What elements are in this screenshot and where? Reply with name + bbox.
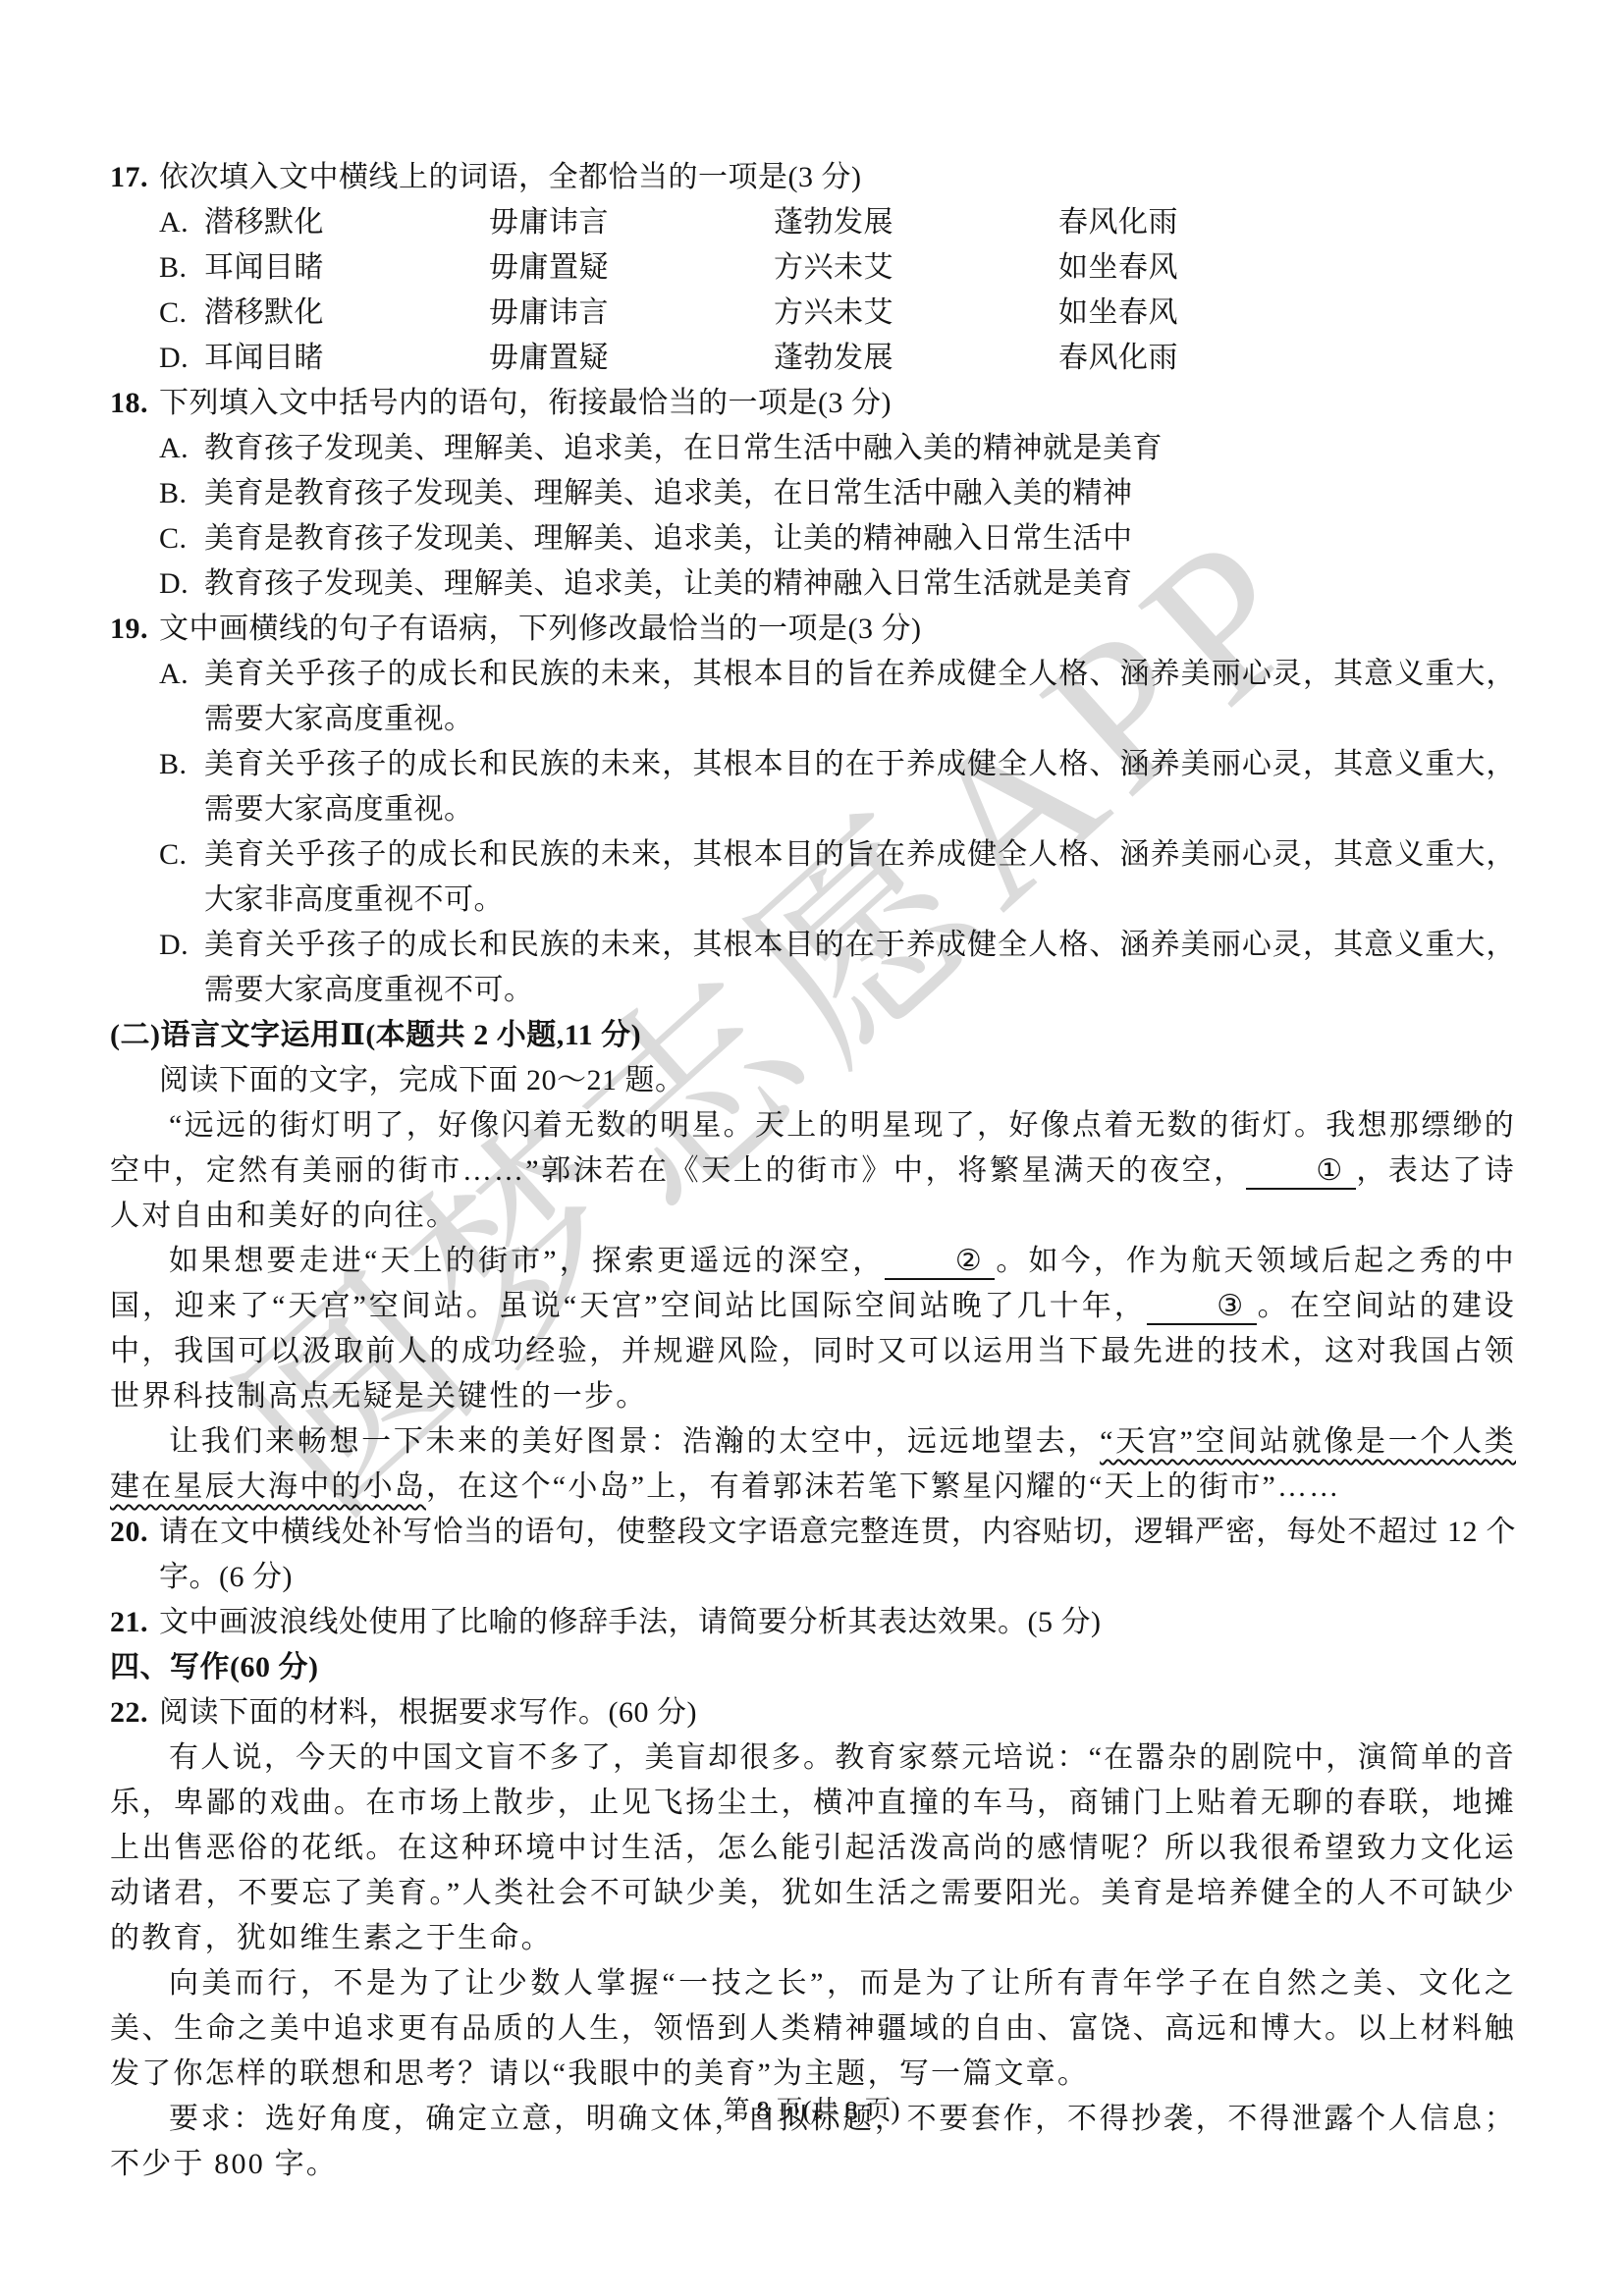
blank-1-underline: ① bbox=[1246, 1154, 1356, 1190]
question-21-number: 21. bbox=[110, 1600, 148, 1645]
q17-option-c-word-4: 如坐春风 bbox=[1058, 291, 1516, 336]
q18-option-c-label: C. bbox=[159, 516, 188, 561]
q17-option-d-word-1: 耳闻目睹 bbox=[204, 336, 489, 381]
passage-paragraph-3: 让我们来畅想一下未来的美好图景：浩瀚的太空中，远远地望去，“天宫”空间站就像是一… bbox=[110, 1419, 1516, 1510]
q17-option-a-label: A. bbox=[159, 200, 204, 245]
question-19: 19. 文中画横线的句子有语病，下列修改最恰当的一项是(3 分) A. 美育关乎… bbox=[110, 607, 1516, 1013]
question-19-number: 19. bbox=[110, 607, 148, 652]
q17-option-c-word-3: 方兴未艾 bbox=[774, 291, 1058, 336]
q19-option-c: C. 美育关乎孩子的成长和民族的未来，其根本目的旨在养成健全人格、涵养美丽心灵，… bbox=[159, 832, 1516, 923]
q18-option-d-label: D. bbox=[159, 561, 189, 607]
question-19-stem: 文中画横线的句子有语病，下列修改最恰当的一项是(3 分) bbox=[159, 613, 921, 645]
q19-option-b: B. 美育关乎孩子的成长和民族的未来，其根本目的在于养成健全人格、涵养美丽心灵，… bbox=[159, 742, 1516, 832]
q19-option-a-text: 美育关乎孩子的成长和民族的未来，其根本目的旨在养成健全人格、涵养美丽心灵，其意义… bbox=[204, 658, 1516, 735]
q19-option-d-text: 美育关乎孩子的成长和民族的未来，其根本目的在于养成健全人格、涵养美丽心灵，其意义… bbox=[204, 929, 1516, 1006]
q17-option-row-b: B. 耳闻目睹 毋庸置疑 方兴未艾 如坐春风 bbox=[159, 245, 1516, 291]
question-18-number: 18. bbox=[110, 381, 148, 426]
q19-option-c-label: C. bbox=[159, 832, 188, 878]
q18-option-a-text: 教育孩子发现美、理解美、追求美，在日常生活中融入美的精神就是美育 bbox=[204, 432, 1163, 464]
q17-option-a-word-2: 毋庸讳言 bbox=[489, 200, 774, 245]
q17-option-row-a: A. 潜移默化 毋庸讳言 蓬勃发展 春风化雨 bbox=[159, 200, 1516, 245]
q17-option-a-word-4: 春风化雨 bbox=[1058, 200, 1516, 245]
q17-option-c-word-1: 潜移默化 bbox=[204, 291, 489, 336]
q18-option-a-label: A. bbox=[159, 426, 189, 471]
passage-paragraph-2: 如果想要走进“天上的街市”，探索更遥远的深空，②。如今，作为航天领域后起之秀的中… bbox=[110, 1239, 1516, 1419]
q17-option-c-word-2: 毋庸讳言 bbox=[489, 291, 774, 336]
q19-option-d-label: D. bbox=[159, 923, 189, 968]
q17-option-b-word-2: 毋庸置疑 bbox=[489, 245, 774, 291]
q19-option-c-text: 美育关乎孩子的成长和民族的未来，其根本目的旨在养成健全人格、涵养美丽心灵，其意义… bbox=[204, 838, 1516, 916]
question-18-stem: 下列填入文中括号内的语句，衔接最恰当的一项是(3 分) bbox=[159, 387, 892, 419]
q19-option-b-text: 美育关乎孩子的成长和民族的未来，其根本目的在于养成健全人格、涵养美丽心灵，其意义… bbox=[204, 748, 1516, 826]
q17-option-a-word-3: 蓬勃发展 bbox=[774, 200, 1058, 245]
q18-option-c: C. 美育是教育孩子发现美、理解美、追求美，让美的精神融入日常生活中 bbox=[159, 516, 1516, 561]
q19-option-b-label: B. bbox=[159, 742, 188, 787]
question-18: 18. 下列填入文中括号内的语句，衔接最恰当的一项是(3 分) A. 教育孩子发… bbox=[110, 381, 1516, 607]
question-20-number: 20. bbox=[110, 1510, 148, 1555]
q17-option-a-word-1: 潜移默化 bbox=[204, 200, 489, 245]
question-21-stem: 文中画波浪线处使用了比喻的修辞手法，请简要分析其表达效果。(5 分) bbox=[159, 1606, 1101, 1638]
q18-option-b-label: B. bbox=[159, 471, 188, 516]
passage-p2-text: 如果想要走进“天上的街市”，探索更遥远的深空， bbox=[169, 1245, 885, 1277]
q17-option-row-d: D. 耳闻目睹 毋庸置疑 蓬勃发展 春风化雨 bbox=[159, 336, 1516, 381]
q17-option-d-word-2: 毋庸置疑 bbox=[489, 336, 774, 381]
q19-option-a: A. 美育关乎孩子的成长和民族的未来，其根本目的旨在养成健全人格、涵养美丽心灵，… bbox=[159, 652, 1516, 742]
blank-3-circled-number: ③ bbox=[1217, 1290, 1245, 1322]
q17-option-c-label: C. bbox=[159, 291, 204, 336]
question-22-stem: 阅读下面的材料，根据要求写作。(60 分) bbox=[159, 1696, 697, 1729]
passage-paragraph-1: “远远的街灯明了，好像闪着无数的明星。天上的明星现了，好像点着无数的街灯。我想那… bbox=[110, 1103, 1516, 1239]
question-20: 20. 请在文中横线处补写恰当的语句，使整段文字语意完整连贯，内容贴切，逻辑严密… bbox=[110, 1510, 1516, 1600]
q18-option-b-text: 美育是教育孩子发现美、理解美、追求美，在日常生活中融入美的精神 bbox=[204, 477, 1133, 509]
blank-2-circled-number: ② bbox=[955, 1245, 984, 1277]
page-content: 17. 依次填入文中横线上的词语，全都恰当的一项是(3 分) A. 潜移默化 毋… bbox=[110, 155, 1516, 2187]
q18-option-a: A. 教育孩子发现美、理解美、追求美，在日常生活中融入美的精神就是美育 bbox=[159, 426, 1516, 471]
section-4-title: 四、写作(60 分) bbox=[110, 1645, 1516, 1690]
q19-option-d: D. 美育关乎孩子的成长和民族的未来，其根本目的在于养成健全人格、涵养美丽心灵，… bbox=[159, 923, 1516, 1013]
q18-option-b: B. 美育是教育孩子发现美、理解美、追求美，在日常生活中融入美的精神 bbox=[159, 471, 1516, 516]
essay-material-paragraph-1: 有人说，今天的中国文盲不多了，美盲却很多。教育家蔡元培说：“在嚣杂的剧院中，演简… bbox=[110, 1735, 1516, 1961]
question-22-number: 22. bbox=[110, 1690, 148, 1735]
question-21: 21. 文中画波浪线处使用了比喻的修辞手法，请简要分析其表达效果。(5 分) bbox=[110, 1600, 1516, 1645]
section-2-title: (二)语言文字运用Ⅱ(本题共 2 小题,11 分) bbox=[110, 1013, 1516, 1058]
q17-option-row-c: C. 潜移默化 毋庸讳言 方兴未艾 如坐春风 bbox=[159, 291, 1516, 336]
page-number-footer: 第 8 页(共 8 页) bbox=[0, 2089, 1623, 2127]
blank-3-underline: ③ bbox=[1147, 1290, 1257, 1325]
q17-option-b-word-4: 如坐春风 bbox=[1058, 245, 1516, 291]
question-20-stem: 请在文中横线处补写恰当的语句，使整段文字语意完整连贯，内容贴切，逻辑严密，每处不… bbox=[159, 1516, 1516, 1593]
q18-option-d: D. 教育孩子发现美、理解美、追求美，让美的精神融入日常生活就是美育 bbox=[159, 561, 1516, 607]
question-17-stem: 依次填入文中横线上的词语，全都恰当的一项是(3 分) bbox=[159, 161, 861, 193]
exam-page: 圆梦志愿APP 17. 依次填入文中横线上的词语，全都恰当的一项是(3 分) A… bbox=[0, 0, 1623, 2296]
passage-p3-text: 让我们来畅想一下未来的美好图景：浩瀚的太空中，远远地望去， bbox=[169, 1425, 1100, 1458]
q17-option-b-word-1: 耳闻目睹 bbox=[204, 245, 489, 291]
essay-material-paragraph-2: 向美而行，不是为了让少数人掌握“一技之长”，而是为了让所有青年学子在自然之美、文… bbox=[110, 1961, 1516, 2097]
q17-option-b-word-3: 方兴未艾 bbox=[774, 245, 1058, 291]
q17-option-d-label: D. bbox=[159, 336, 204, 381]
q17-option-d-word-4: 春风化雨 bbox=[1058, 336, 1516, 381]
question-17-number: 17. bbox=[110, 155, 148, 200]
q18-option-c-text: 美育是教育孩子发现美、理解美、追求美，让美的精神融入日常生活中 bbox=[204, 522, 1133, 555]
passage-p3-text-after: ，在这个“小岛”上，有着郭沫若笔下繁星闪耀的“天上的街市”…… bbox=[426, 1470, 1340, 1503]
question-22: 22. 阅读下面的材料，根据要求写作。(60 分) bbox=[110, 1690, 1516, 1735]
section-2-intro: 阅读下面的文字，完成下面 20～21 题。 bbox=[159, 1058, 1516, 1103]
blank-2-underline: ② bbox=[885, 1245, 995, 1280]
question-17: 17. 依次填入文中横线上的词语，全都恰当的一项是(3 分) A. 潜移默化 毋… bbox=[110, 155, 1516, 381]
blank-1-circled-number: ① bbox=[1316, 1154, 1344, 1187]
q18-option-d-text: 教育孩子发现美、理解美、追求美，让美的精神融入日常生活就是美育 bbox=[204, 567, 1133, 600]
q19-option-a-label: A. bbox=[159, 652, 189, 697]
q17-option-b-label: B. bbox=[159, 245, 204, 291]
q17-option-d-word-3: 蓬勃发展 bbox=[774, 336, 1058, 381]
